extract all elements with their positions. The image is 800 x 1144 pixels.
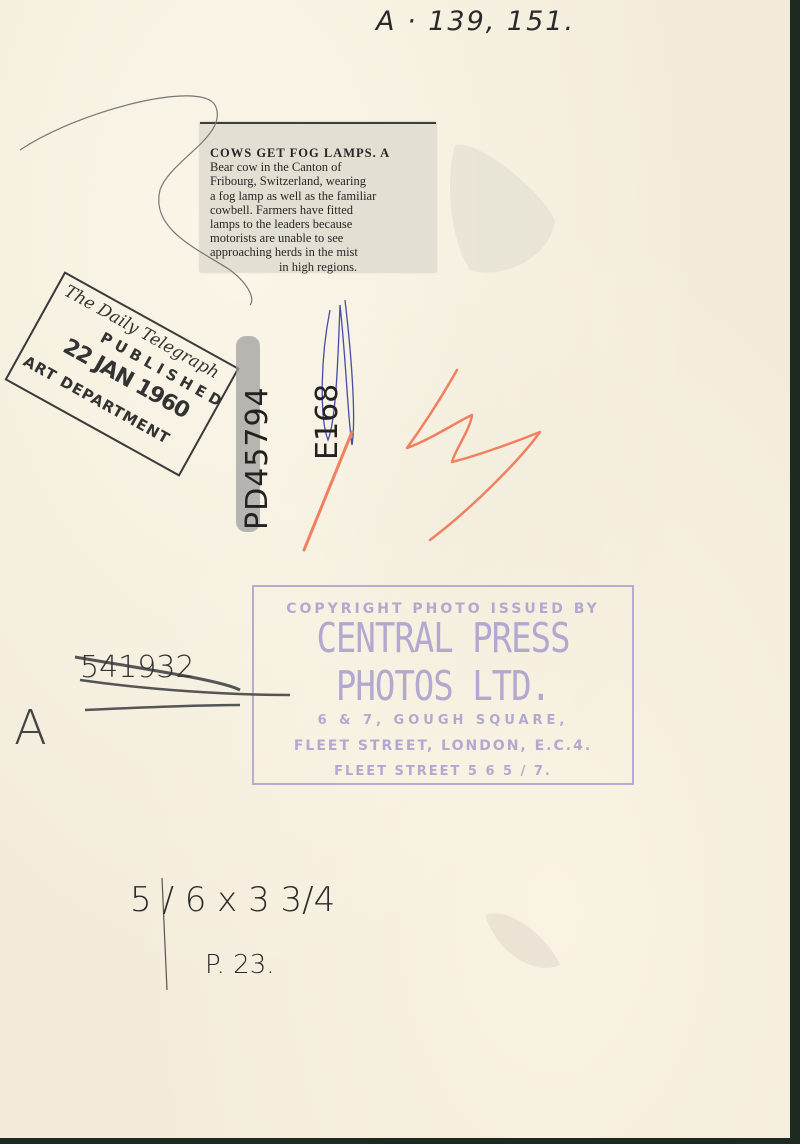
photo-back-paper: A · 139, 151. COWS GET FOG LAMPS. A Bear… bbox=[0, 0, 790, 1138]
handwritten-letter: A bbox=[14, 700, 47, 756]
red-crayon-three bbox=[407, 370, 540, 540]
stain bbox=[450, 145, 555, 273]
handwritten-code-1: PD45794 bbox=[240, 386, 275, 530]
crossed-out-number: 541932 bbox=[80, 650, 195, 685]
pencil-loop bbox=[20, 96, 252, 305]
page-note: P. 23. bbox=[205, 950, 275, 980]
handwritten-marks bbox=[0, 0, 800, 1144]
strike-line bbox=[85, 705, 240, 710]
handwritten-code-2: E168 bbox=[310, 384, 345, 460]
stain bbox=[485, 913, 560, 968]
size-note: 5 / 6 x 3 3/4 bbox=[130, 880, 335, 920]
